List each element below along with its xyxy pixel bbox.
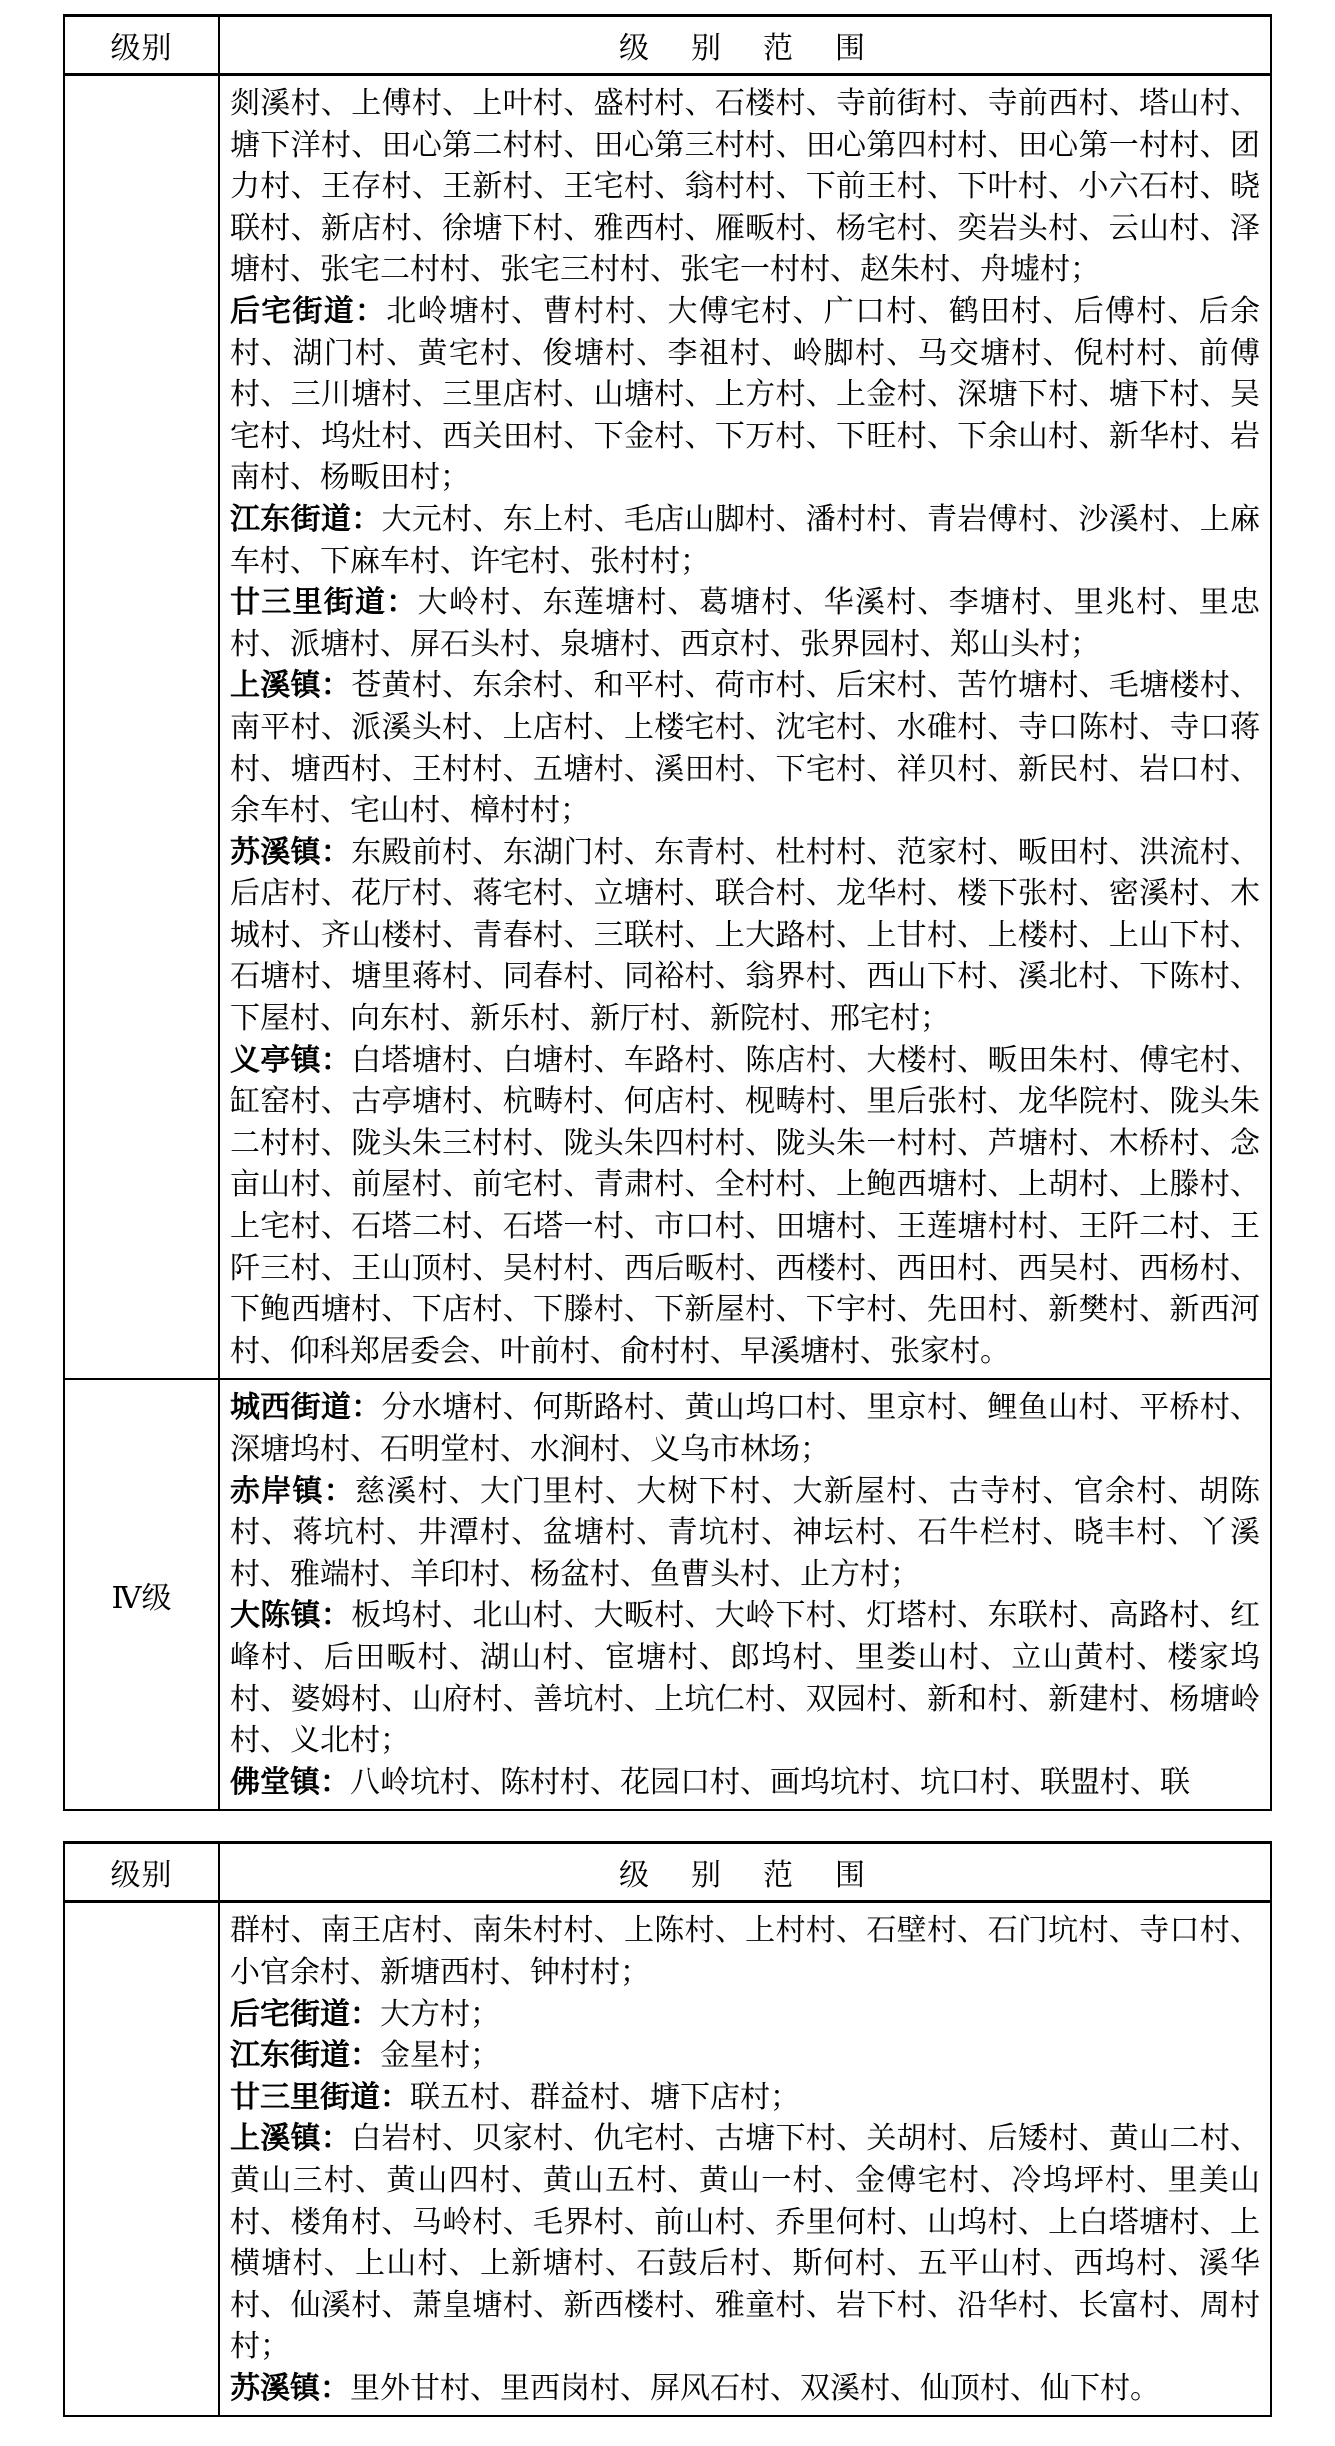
district-name-prefix: 江东街道： xyxy=(230,503,382,536)
table2-row1-village-list: 群村、南王店村、南朱村村、上陈村、上村村、石壁村、石门坑村、寺口村、小官余村、新… xyxy=(220,1903,1270,2415)
village-list-paragraph: 苏溪镇：里外甘村、里西岗村、屏风石村、双溪村、仙顶村、仙下村。 xyxy=(230,2368,1260,2410)
village-list-paragraph: 上溪镇：白岩村、贝家村、仇宅村、古塘下村、关胡村、后矮村、黄山二村、黄山三村、黄… xyxy=(230,2118,1260,2368)
village-names-text: 白塔塘村、白塘村、车路村、陈店村、大楼村、畈田朱村、傅宅村、缸窑村、古亭塘村、杭… xyxy=(230,1044,1260,1368)
village-list-paragraph: 城西街道：分水塘村、何斯路村、黄山坞口村、里京村、鲤鱼山村、平桥村、深塘坞村、石… xyxy=(230,1387,1260,1470)
village-names-text: 大方村； xyxy=(380,1998,500,2031)
village-names-text: 剡溪村、上傅村、上叶村、盛村村、石楼村、寺前街村、寺前西村、塔山村、塘下洋村、田… xyxy=(230,87,1260,286)
table2-header-scope: 级 别 范 围 xyxy=(220,1844,1270,1900)
table1-header-scope: 级 别 范 围 xyxy=(220,17,1270,73)
table1-row2-village-list: 城西街道：分水塘村、何斯路村、黄山坞口村、里京村、鲤鱼山村、平桥村、深塘坞村、石… xyxy=(220,1380,1270,1809)
village-list-paragraph: 廿三里街道：联五村、群益村、塘下店村； xyxy=(230,2077,1260,2119)
level-table-2: 级别 级 别 范 围 群村、南王店村、南朱村村、上陈村、上村村、石壁村、石门坑村… xyxy=(63,1841,1272,2417)
village-list-paragraph: 后宅街道：北岭塘村、曹村村、大傅宅村、广口村、鹤田村、后傅村、后余村、湖门村、黄… xyxy=(230,291,1260,499)
table-row: 剡溪村、上傅村、上叶村、盛村村、石楼村、寺前街村、寺前西村、塔山村、塘下洋村、田… xyxy=(65,76,1270,1378)
district-name-prefix: 江东街道： xyxy=(230,2039,380,2072)
village-names-text: 白岩村、贝家村、仇宅村、古塘下村、关胡村、后矮村、黄山二村、黄山三村、黄山四村、… xyxy=(230,2122,1260,2363)
village-list-paragraph: 廿三里街道：大岭村、东莲塘村、葛塘村、华溪村、李塘村、里兆村、里忠村、派塘村、屏… xyxy=(230,582,1260,665)
village-list-paragraph: 剡溪村、上傅村、上叶村、盛村村、石楼村、寺前街村、寺前西村、塔山村、塘下洋村、田… xyxy=(230,83,1260,291)
village-names-text: 板坞村、北山村、大畈村、大岭下村、灯塔村、东联村、高路村、红峰村、后田畈村、湖山… xyxy=(230,1599,1260,1757)
village-list-paragraph: 苏溪镇：东殿前村、东湖门村、东青村、杜村村、范家村、畈田村、洪流村、后店村、花厅… xyxy=(230,832,1260,1040)
district-name-prefix: 佛堂镇： xyxy=(230,1766,350,1799)
table2-header-row: 级别 级 别 范 围 xyxy=(65,1844,1270,1903)
table2-header-level: 级别 xyxy=(65,1844,220,1900)
district-name-prefix: 上溪镇： xyxy=(230,669,351,702)
table1-header-level: 级别 xyxy=(65,17,220,73)
village-list-paragraph: 后宅街道：大方村； xyxy=(230,1994,1260,2036)
village-list-paragraph: 江东街道：大元村、东上村、毛店山脚村、潘村村、青岩傅村、沙溪村、上麻车村、下麻车… xyxy=(230,499,1260,582)
table1-row2-level-label: Ⅳ级 xyxy=(65,1380,220,1809)
village-list-paragraph: 上溪镇：苍黄村、东余村、和平村、荷市村、后宋村、苦竹塘村、毛塘楼村、南平村、派溪… xyxy=(230,665,1260,831)
table1-row1-level-label xyxy=(65,76,220,1378)
table1-header-row: 级别 级 别 范 围 xyxy=(65,17,1270,76)
district-name-prefix: 后宅街道： xyxy=(230,295,386,328)
village-names-text: 分水塘村、何斯路村、黄山坞口村、里京村、鲤鱼山村、平桥村、深塘坞村、石明堂村、水… xyxy=(230,1391,1260,1466)
village-list-paragraph: 大陈镇：板坞村、北山村、大畈村、大岭下村、灯塔村、东联村、高路村、红峰村、后田畈… xyxy=(230,1595,1260,1761)
district-name-prefix: 义亭镇： xyxy=(230,1044,351,1077)
table1-row1-village-list: 剡溪村、上傅村、上叶村、盛村村、石楼村、寺前街村、寺前西村、塔山村、塘下洋村、田… xyxy=(220,76,1270,1378)
village-names-text: 里外甘村、里西岗村、屏风石村、双溪村、仙顶村、仙下村。 xyxy=(350,2372,1160,2405)
village-names-text: 苍黄村、东余村、和平村、荷市村、后宋村、苦竹塘村、毛塘楼村、南平村、派溪头村、上… xyxy=(230,669,1260,827)
district-name-prefix: 廿三里街道： xyxy=(230,586,418,619)
village-list-paragraph: 义亭镇：白塔塘村、白塘村、车路村、陈店村、大楼村、畈田朱村、傅宅村、缸窑村、古亭… xyxy=(230,1040,1260,1373)
table2-row1-level-label xyxy=(65,1903,220,2415)
village-list-paragraph: 赤岸镇：慈溪村、大门里村、大树下村、大新屋村、古寺村、官余村、胡陈村、蒋坑村、井… xyxy=(230,1471,1260,1596)
table-row: 群村、南王店村、南朱村村、上陈村、上村村、石壁村、石门坑村、寺口村、小官余村、新… xyxy=(65,1903,1270,2415)
village-names-text: 大元村、东上村、毛店山脚村、潘村村、青岩傅村、沙溪村、上麻车村、下麻车村、许宅村… xyxy=(230,503,1260,578)
district-name-prefix: 赤岸镇： xyxy=(230,1475,355,1508)
table-row: Ⅳ级 城西街道：分水塘村、何斯路村、黄山坞口村、里京村、鲤鱼山村、平桥村、深塘坞… xyxy=(65,1378,1270,1809)
district-name-prefix: 上溪镇： xyxy=(230,2122,351,2155)
village-names-text: 慈溪村、大门里村、大树下村、大新屋村、古寺村、官余村、胡陈村、蒋坑村、井潭村、盆… xyxy=(230,1475,1260,1591)
village-names-text: 联五村、群益村、塘下店村； xyxy=(410,2081,800,2114)
village-names-text: 东殿前村、东湖门村、东青村、杜村村、范家村、畈田村、洪流村、后店村、花厅村、蒋宅… xyxy=(230,836,1260,1035)
district-name-prefix: 大陈镇： xyxy=(230,1599,351,1632)
district-name-prefix: 苏溪镇： xyxy=(230,2372,350,2405)
village-names-text: 群村、南王店村、南朱村村、上陈村、上村村、石壁村、石门坑村、寺口村、小官余村、新… xyxy=(230,1914,1260,1989)
village-names-text: 八岭坑村、陈村村、花园口村、画坞坑村、坑口村、联盟村、联 xyxy=(350,1766,1190,1799)
district-name-prefix: 廿三里街道： xyxy=(230,2081,410,2114)
district-name-prefix: 后宅街道： xyxy=(230,1998,380,2031)
village-list-paragraph: 群村、南王店村、南朱村村、上陈村、上村村、石壁村、石门坑村、寺口村、小官余村、新… xyxy=(230,1910,1260,1993)
village-names-text: 金星村； xyxy=(380,2039,500,2072)
level-table-1: 级别 级 别 范 围 剡溪村、上傅村、上叶村、盛村村、石楼村、寺前街村、寺前西村… xyxy=(63,14,1272,1811)
district-name-prefix: 苏溪镇： xyxy=(230,836,351,869)
district-name-prefix: 城西街道： xyxy=(230,1391,382,1424)
village-list-paragraph: 江东街道：金星村； xyxy=(230,2035,1260,2077)
document-page: 级别 级 别 范 围 剡溪村、上傅村、上叶村、盛村村、石楼村、寺前街村、寺前西村… xyxy=(0,0,1335,2446)
village-list-paragraph: 佛堂镇：八岭坑村、陈村村、花园口村、画坞坑村、坑口村、联盟村、联 xyxy=(230,1762,1260,1804)
